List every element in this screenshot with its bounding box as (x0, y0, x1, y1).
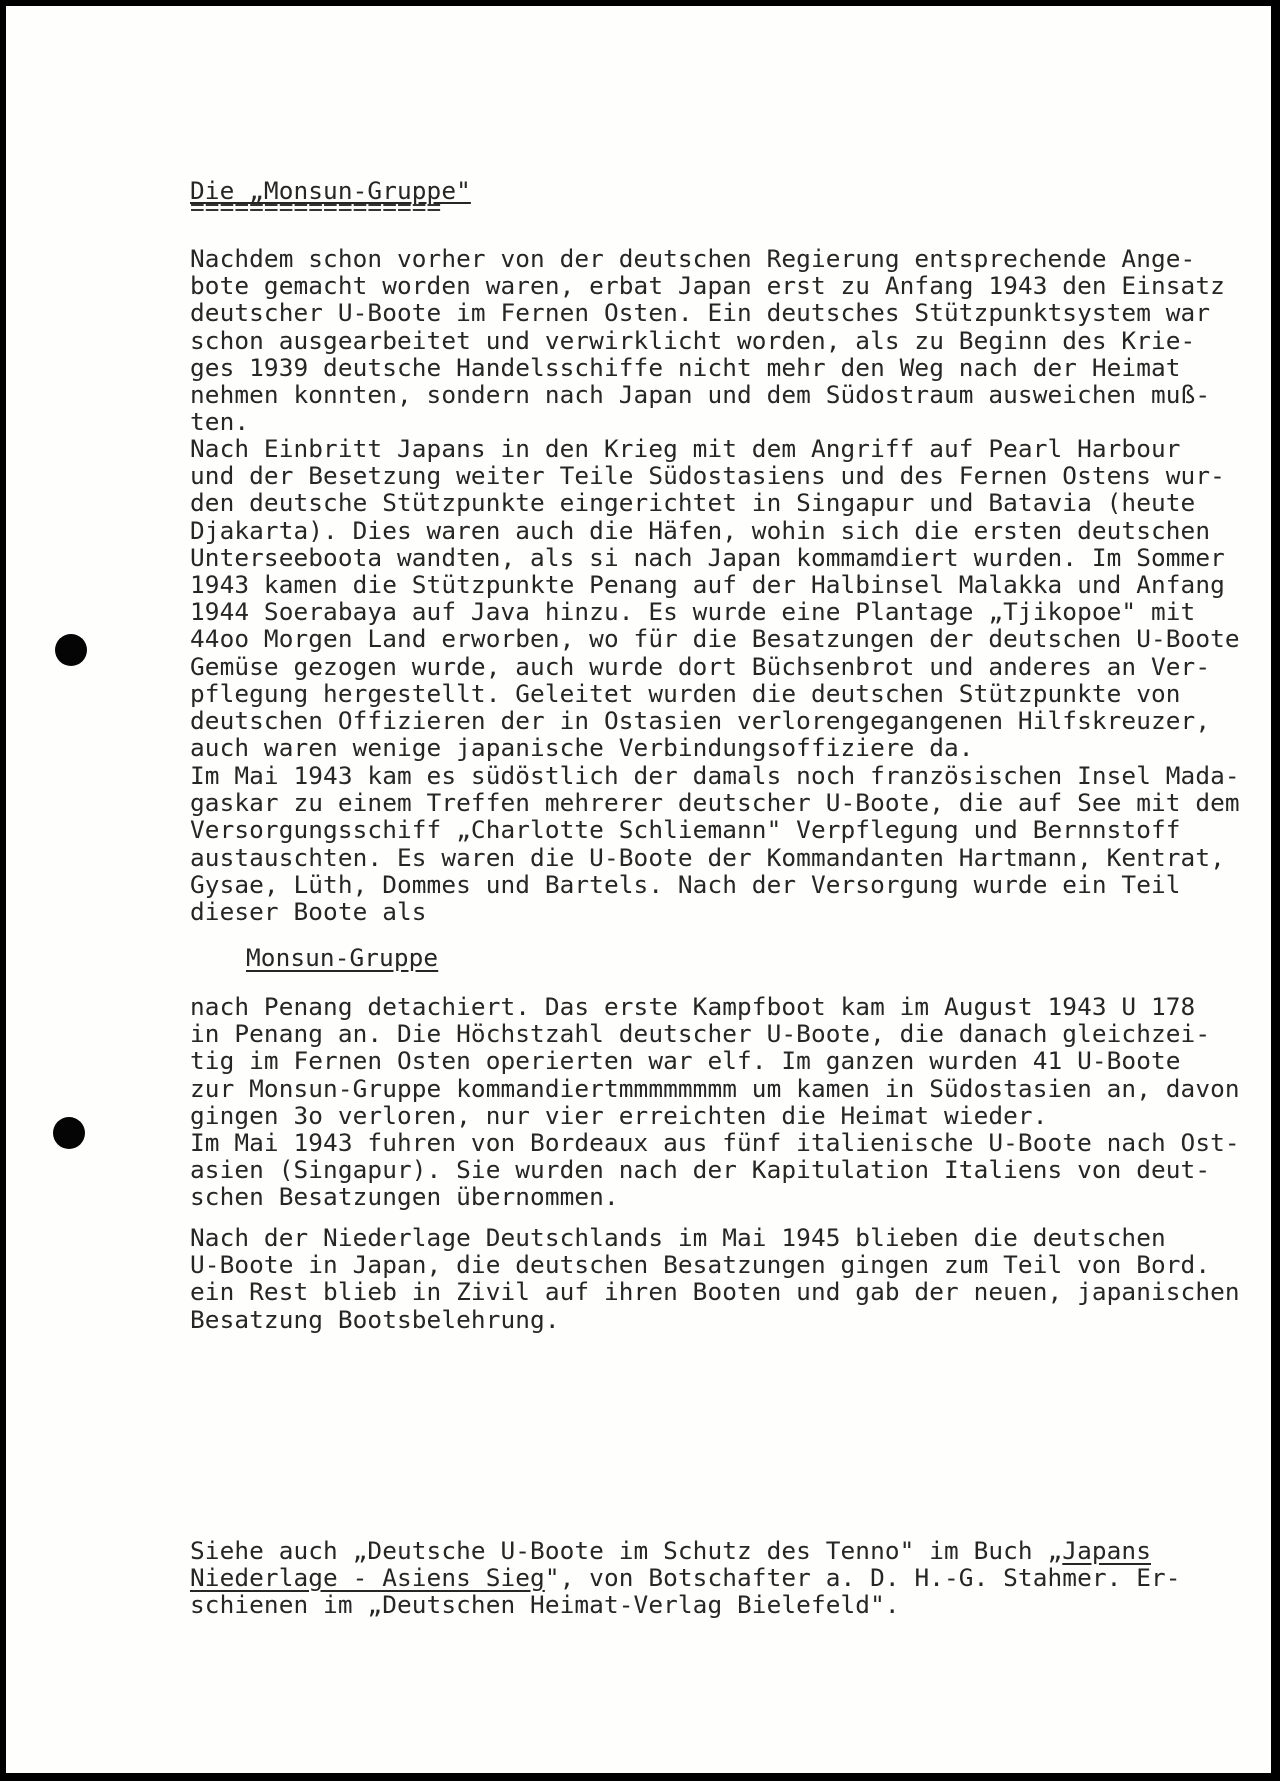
text-line: 44oo Morgen Land erworben, wo für die Be… (190, 625, 1240, 652)
text-line: ten. (190, 408, 249, 435)
text-line: austauschten. Es waren die U-Boote der K… (190, 844, 1225, 871)
text-line: Gemüse gezogen wurde, auch wurde dort Bü… (190, 653, 1210, 680)
text-line: gaskar zu einem Treffen mehrerer deutsch… (190, 789, 1240, 816)
text-line: Djakarta). Dies waren auch die Häfen, wo… (190, 517, 1210, 544)
text-line: 1943 kamen die Stützpunkte Penang auf de… (190, 571, 1225, 598)
text-line: nach Penang detachiert. Das erste Kampfb… (190, 993, 1195, 1020)
text-line: auch waren wenige japanische Verbindungs… (190, 734, 974, 761)
text-line: schon ausgearbeitet und verwirklicht wor… (190, 327, 1195, 354)
text-line: deutscher U-Boote im Fernen Osten. Ein d… (190, 299, 1210, 326)
text-line: deutschen Offizieren der in Ostasien ver… (190, 707, 1210, 734)
text-line: in Penang an. Die Höchstzahl deutscher U… (190, 1020, 1210, 1047)
text-line: Im Mai 1943 fuhren von Bordeaux aus fünf… (190, 1129, 1240, 1156)
book-title-part: Japans (1062, 1536, 1151, 1565)
text-line: und der Besetzung weiter Teile Südostasi… (190, 462, 1225, 489)
text-line: Gysae, Lüth, Dommes und Bartels. Nach de… (190, 871, 1181, 898)
footnote-line-3: schienen im „Deutschen Heimat-Verlag Bie… (190, 1591, 900, 1618)
text-line: den deutsche Stützpunkte eingerichtet in… (190, 489, 1195, 516)
text-line: Besatzung Bootsbelehrung. (190, 1306, 560, 1333)
text-line: pflegung hergestellt. Geleitet wurden di… (190, 680, 1181, 707)
book-title-part: Niederlage - Asiens Sieg (190, 1563, 545, 1592)
punch-hole (55, 634, 87, 666)
text-line: U-Boote in Japan, die deutschen Besatzun… (190, 1251, 1210, 1278)
text-line: schen Besatzungen übernommen. (190, 1183, 619, 1210)
text-line: Nach Einbritt Japans in den Krieg mit de… (190, 435, 1181, 462)
text-line: Versorgungsschiff „Charlotte Schliemann"… (190, 816, 1181, 843)
text-line: nehmen konnten, sondern nach Japan und d… (190, 381, 1210, 408)
text-line: tig im Fernen Osten operierten war elf. … (190, 1047, 1181, 1074)
punch-hole (53, 1117, 85, 1149)
footnote-line-2: Niederlage - Asiens Sieg", von Botschaft… (190, 1564, 1181, 1591)
footnote-line-1: Siehe auch „Deutsche U-Boote im Schutz d… (190, 1537, 1151, 1564)
text-line: ein Rest blieb in Zivil auf ihren Booten… (190, 1278, 1240, 1305)
text-line: zur Monsun-Gruppe kommandiertmmmmmmmm um… (190, 1075, 1240, 1102)
text-line: dieser Boote als (190, 898, 427, 925)
footnote-text: Siehe auch „Deutsche U-Boote im Schutz d… (190, 1536, 1062, 1565)
text-line: Nachdem schon vorher von der deutschen R… (190, 245, 1195, 272)
text-line: ges 1939 deutsche Handelsschiffe nicht m… (190, 354, 1181, 381)
text-line: Im Mai 1943 kam es südöstlich der damals… (190, 762, 1240, 789)
text-line: Nach der Niederlage Deutschlands im Mai … (190, 1224, 1166, 1251)
title-double-underline: ================= (190, 200, 441, 214)
text-line: Unterseeboota wandten, als si nach Japan… (190, 544, 1225, 571)
text-line: 1944 Soerabaya auf Java hinzu. Es wurde … (190, 598, 1195, 625)
footnote-text: ", von Botschafter a. D. H.-G. Stahmer. … (545, 1563, 1181, 1592)
indented-heading: Monsun-Gruppe (246, 944, 438, 971)
text-line: gingen 3o verloren, nur vier erreichten … (190, 1102, 1048, 1129)
document-page: Die „Monsun-Gruppe" ================= Na… (6, 6, 1271, 1773)
text-line: asien (Singapur). Sie wurden nach der Ka… (190, 1156, 1210, 1183)
text-line: bote gemacht worden waren, erbat Japan e… (190, 272, 1225, 299)
